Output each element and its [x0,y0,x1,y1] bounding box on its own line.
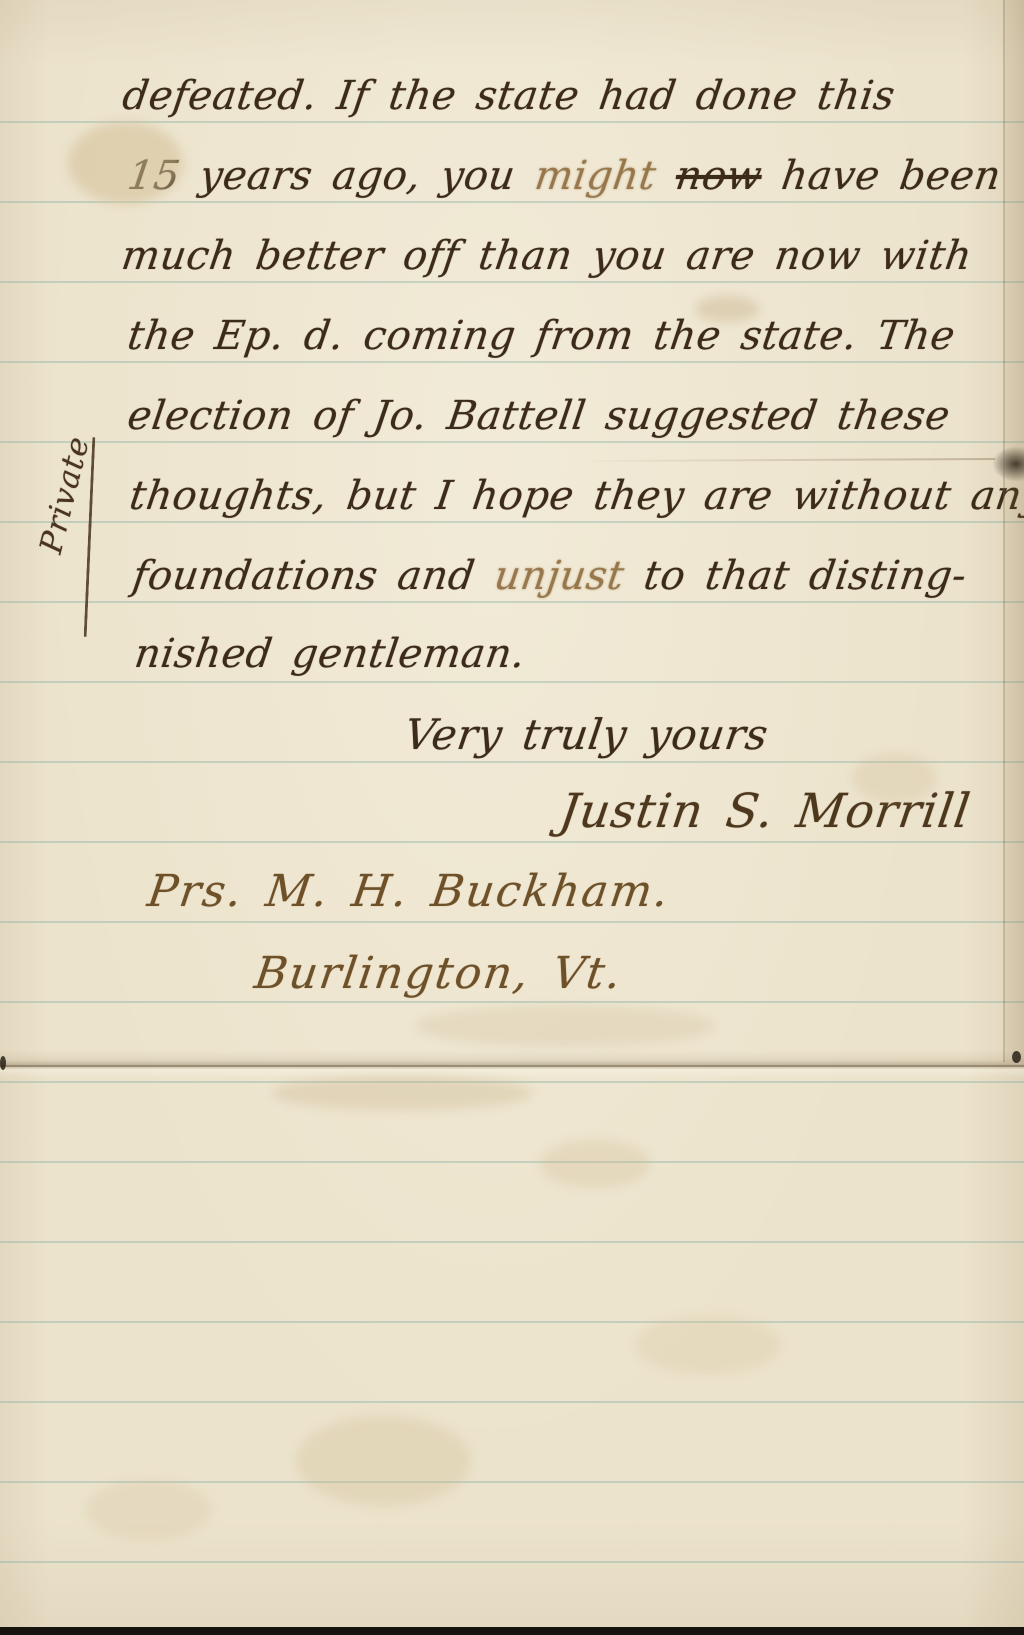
stain [695,296,759,322]
fold-crease-line [0,1065,1024,1067]
scan-background-edge [0,1627,1024,1635]
letter-line-3: much better off than you are now with [119,234,975,278]
recipient-place-line: Burlington, Vt. [252,950,626,998]
letter-line-7: foundations and unjust to that disting- [130,554,969,598]
stain [415,1005,715,1047]
line7-faded-word: unjust [492,553,628,599]
recipient-name-line: Prs. M. H. Buckham. [145,868,674,916]
stain [540,1140,650,1188]
stain [68,122,183,204]
fold-speck-left [0,1056,6,1070]
line2-pre: 15 years ago, you [125,153,539,199]
line2-struck-word: now [673,153,765,199]
stain [86,1480,211,1540]
letter-line-5: election of Jo. Battell suggested these [125,394,953,438]
letter-line-1: defeated. If the state had done this [120,74,898,118]
letter-line-6: thoughts, but I hope they are without an… [127,474,1024,518]
stain [296,1416,471,1506]
stain [852,754,936,802]
letter-page: Private defeated. If the state had done … [0,0,1024,1635]
closing-line: Very truly yours [402,712,771,758]
letter-line-4: the Ep. d. coming from the state. The [125,314,958,358]
fold-speck-right [1012,1051,1021,1063]
page-edge-shading [1005,0,1024,1062]
line7-post: to that disting- [621,553,970,599]
line2-faded-word: might [532,153,659,199]
fold-crease [0,1050,1024,1078]
letter-line-2: 15 years ago, you might now have been [125,154,1004,198]
letter-line-8: nished gentleman. [132,632,528,676]
stain [272,1076,532,1110]
line7-pre: foundations and [130,553,498,599]
stain [636,1316,781,1374]
line2-post: have been [758,153,1003,199]
